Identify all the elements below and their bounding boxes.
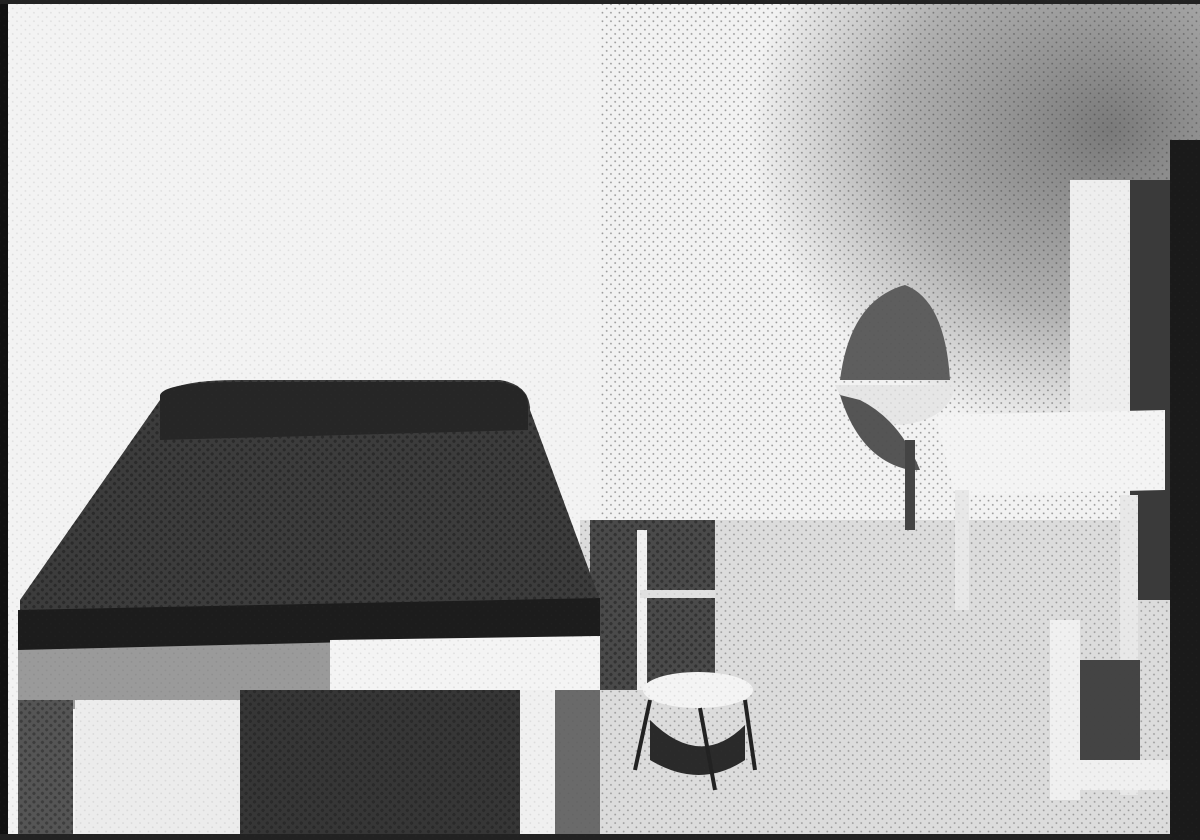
halftone-photograph <box>0 0 1200 840</box>
photo-scene <box>0 0 1200 840</box>
halftone-texture <box>0 0 1200 840</box>
